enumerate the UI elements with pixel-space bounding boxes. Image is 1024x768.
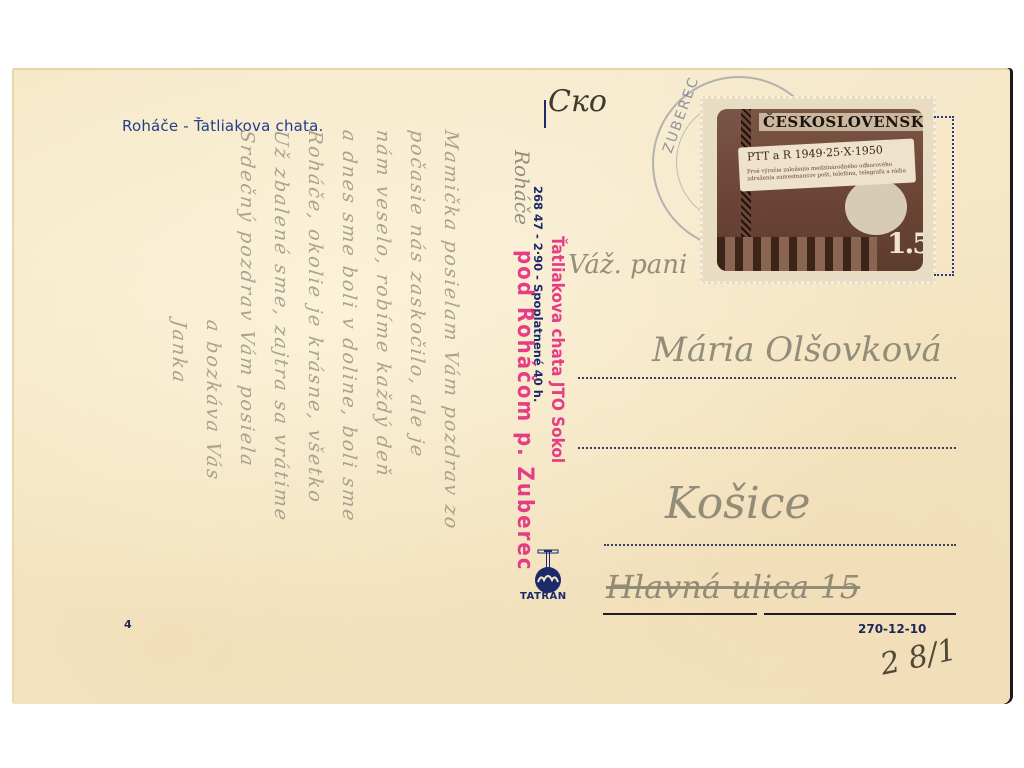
stamp-value: 1.50 [887,227,923,260]
address-salutation: Váž. pani [568,250,687,280]
message-line: a dnes sme boli v doline, boli sme [338,129,360,524]
message-line: Roháče, okolie je krásne, všetko [304,129,326,505]
address-street: Hlavná ulica 15 [606,568,860,606]
page-number: 4 [124,618,132,631]
address-city: Košice [665,478,811,529]
message-line: Už zbalené sme, zajtra sa vrátime [270,129,292,523]
message-line: Mamička posielam Vám pozdrav zo [440,129,462,532]
postage-stamp-image: ČESKOSLOVENSKO PTT a R 1949·25·X·1950 Pr… [717,109,923,271]
print-code: 270-12-10 [858,622,926,636]
message-line: nám veselo, robíme každý deň [372,129,394,479]
divider-mark [544,100,546,128]
publisher-logo-text: TATRAN [520,591,567,602]
handwritten-partial-line: Roháče [510,150,534,225]
chalet-stamp-line-1: Ťatliakova chata JTO Sokol [547,236,567,463]
stamp-placement-bracket [934,116,954,276]
address-line-4a [603,613,757,615]
message-line: Janka [168,319,190,385]
address-line-3 [604,544,956,546]
viaduct-icon [717,237,877,271]
handwritten-message: Mamička posielam Vám pozdrav zopočasie n… [140,120,480,640]
address-line-2 [578,447,956,449]
address-line-1 [578,377,956,379]
message-line: Srdečný pozdrav Vám posiela [236,129,258,469]
chalet-stamp-line-2: pod Roháčom p. Zuberec [512,250,537,572]
message-line: a bozkáva Vás [202,319,224,482]
address-name: Mária Olšovková [652,330,942,370]
postage-stamp: ČESKOSLOVENSKO PTT a R 1949·25·X·1950 Pr… [700,96,936,284]
handwritten-top-note: Ско [548,84,607,119]
message-line: počasie nás zaskočilo, ale je [406,129,428,460]
stamp-country: ČESKOSLOVENSKO [759,113,923,131]
address-line-4b [764,613,956,615]
